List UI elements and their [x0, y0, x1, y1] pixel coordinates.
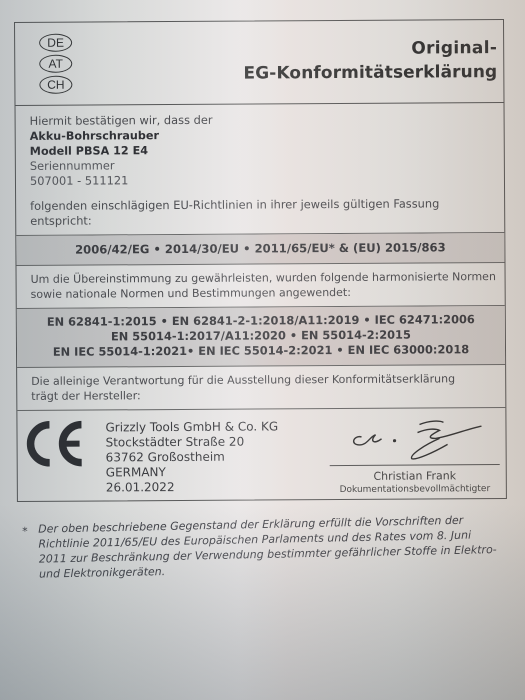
- signature-line: [330, 464, 500, 466]
- standards-band: EN 62841-1:2015 • EN 62841-2-1:2018/A11:…: [17, 306, 505, 368]
- manufacturer-section: Grizzly Tools GmbH & Co. KG Stockstädter…: [17, 408, 506, 501]
- title-line-2: EG-Konformitätserklärung: [243, 60, 497, 86]
- manufacturer-street: Stockstädter Straße 20: [106, 434, 279, 450]
- directives-band: 2006/42/EG • 2014/30/EU • 2011/65/EU* & …: [16, 233, 504, 266]
- country-badge-ch: CH: [39, 76, 72, 94]
- declaration-of-conformity: DE AT CH Original- EG-Konformitätserklär…: [14, 19, 507, 502]
- signatory-role: Dokumentationsbevollmächtigter: [330, 482, 500, 498]
- country-badge-de: DE: [39, 34, 72, 52]
- ce-mark-icon: [25, 421, 87, 467]
- rohs-footnote: * Der oben beschriebene Gegenstand der E…: [22, 512, 503, 582]
- country-badge-at: AT: [39, 55, 72, 73]
- responsibility-text: Die alleinige Verantwortung für die Auss…: [31, 371, 505, 404]
- standards-line-3: EN IEC 55014-1:2021• EN IEC 55014-2:2021…: [17, 342, 505, 360]
- document-header: DE AT CH Original- EG-Konformitätserklär…: [15, 20, 503, 106]
- standards-intro-line-1: Um die Übereinstimmung zu gewährleisten,…: [31, 269, 505, 287]
- manufacturer-address: Grizzly Tools GmbH & Co. KG Stockstädter…: [105, 419, 278, 495]
- directives-lead: folgenden einschlägigen EU-Richtlinien i…: [30, 196, 504, 229]
- standards-intro: Um die Übereinstimmung zu gewährleisten,…: [16, 263, 504, 309]
- manufacturer-name: Grizzly Tools GmbH & Co. KG: [105, 419, 278, 435]
- handwritten-signature-icon: [339, 414, 489, 463]
- country-codes: DE AT CH: [39, 34, 72, 94]
- responsibility-statement: Die alleinige Verantwortung für die Auss…: [17, 365, 505, 411]
- document-title: Original- EG-Konformitätserklärung: [243, 36, 497, 86]
- standards-line-1: EN 62841-1:2015 • EN 62841-2-1:2018/A11:…: [17, 312, 505, 330]
- manufacturer-country: GERMANY: [106, 464, 279, 480]
- product-section: Hiermit bestätigen wir, dass der Akku-Bo…: [16, 103, 505, 236]
- signature-block: Christian Frank Dokumentationsbevollmäch…: [329, 414, 499, 495]
- footnote-marker: *: [22, 524, 28, 539]
- declaration-date: 26.01.2022: [106, 479, 279, 495]
- title-line-1: Original-: [243, 36, 497, 62]
- manufacturer-city: 63762 Großostheim: [106, 449, 279, 465]
- footnote-text: Der oben beschriebene Gegenstand der Erk…: [22, 512, 503, 582]
- directives-list: 2006/42/EG • 2014/30/EU • 2011/65/EU* & …: [75, 240, 446, 256]
- standards-intro-line-2: sowie nationale Normen und Bestimmungen …: [31, 284, 505, 302]
